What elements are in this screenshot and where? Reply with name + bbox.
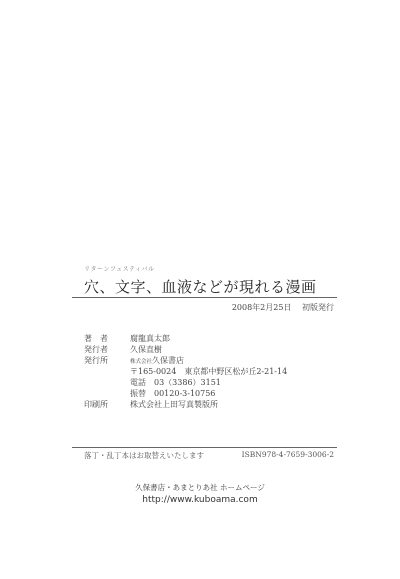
info-label [84,366,130,377]
replacement-notice: 落丁・乱丁本はお取替えいたします [84,450,204,461]
publication-date: 2008年2月25日 [232,303,292,312]
book-title: 穴、文字、血液などが現れる漫画 [84,276,317,297]
website-block: 久保書店・あまとりあ社 ホームページ http://www.kuboama.co… [0,482,400,505]
info-row-publisher: 発行者 久保直樹 [84,344,287,355]
divider [72,447,337,448]
info-label: 著 者 [84,333,130,344]
divider [72,297,337,298]
info-value: 株式会社久保書店 [130,355,184,366]
info-value: 腐龍真太郎 [130,333,170,344]
publication-info: 著 者 腐龍真太郎 発行者 久保直樹 発行所 株式会社久保書店 〒165-002… [84,333,287,410]
info-value: 久保直樹 [130,344,162,355]
publication-date-line: 2008年2月25日 初版発行 [224,302,334,313]
isbn: ISBN978-4-7659-3006-2 [242,450,334,461]
info-label: 印刷所 [84,399,130,410]
info-value: 振替 00120-3-10756 [130,388,215,399]
info-row-printer: 印刷所 株式会社上田写真製版所 [84,399,287,410]
series-name: リターンフェスティバル [84,264,154,273]
footer-line: 落丁・乱丁本はお取替えいたします ISBN978-4-7659-3006-2 [84,450,334,461]
website-url: http://www.kuboama.com [0,495,400,505]
info-label: 発行所 [84,355,130,366]
info-row-address: 〒165-0024 東京都中野区松が丘2-21-14 [84,366,287,377]
website-label: 久保書店・あまとりあ社 ホームページ [0,482,400,493]
info-row-publishing-house: 発行所 株式会社久保書店 [84,355,287,366]
info-value: 株式会社上田写真製版所 [130,399,218,410]
info-label [84,377,130,388]
info-row-transfer: 振替 00120-3-10756 [84,388,287,399]
info-row-phone: 電話 03（3386）3151 [84,377,287,388]
info-value: 〒165-0024 東京都中野区松が丘2-21-14 [130,366,287,377]
info-value: 電話 03（3386）3151 [130,377,221,388]
edition: 初版発行 [302,303,334,312]
info-row-author: 著 者 腐龍真太郎 [84,333,287,344]
info-label: 発行者 [84,344,130,355]
info-label [84,388,130,399]
